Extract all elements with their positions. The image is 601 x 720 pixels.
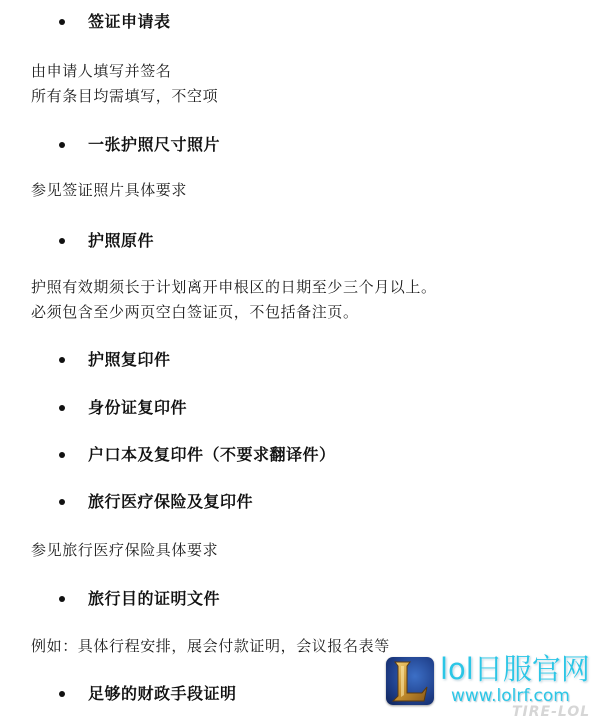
requirement-heading: 护照原件: [88, 229, 154, 253]
bullet-icon: [59, 691, 65, 697]
requirement-heading: 身份证复印件: [88, 396, 187, 420]
league-of-legends-logo-icon: [386, 657, 434, 705]
site-watermark: lol日服官网 www.lolrf.com TIRE-LOL: [384, 652, 601, 720]
requirement-heading: 护照复印件: [88, 348, 171, 372]
description-line: 参见签证照片具体要求: [31, 179, 187, 201]
watermark-title: lol日服官网: [440, 652, 590, 686]
bullet-icon: [59, 19, 65, 25]
watermark-faint-text: TIRE-LOL: [512, 704, 590, 720]
bullet-icon: [59, 499, 65, 505]
requirement-heading: 一张护照尺寸照片: [88, 133, 220, 157]
requirement-heading: 旅行医疗保险及复印件: [88, 490, 253, 514]
description-line: 护照有效期须长于计划离开申根区的日期至少三个月以上。: [31, 276, 437, 298]
description-line: 必须包含至少两页空白签证页，不包括备注页。: [31, 301, 359, 323]
requirement-heading: 户口本及复印件（不要求翻译件）: [88, 443, 336, 467]
description-line: 例如：具体行程安排，展会付款证明，会议报名表等: [31, 635, 390, 657]
bullet-icon: [59, 452, 65, 458]
description-line: 参见旅行医疗保险具体要求: [31, 539, 218, 561]
bullet-icon: [59, 596, 65, 602]
requirement-heading: 足够的财政手段证明: [88, 682, 237, 706]
watermark-url: www.lolrf.com: [451, 686, 570, 706]
requirement-heading: 签证申请表: [88, 10, 171, 34]
bullet-icon: [59, 238, 65, 244]
bullet-icon: [59, 142, 65, 148]
bullet-icon: [59, 405, 65, 411]
bullet-icon: [59, 357, 65, 363]
requirement-heading: 旅行目的证明文件: [88, 587, 220, 611]
description-line: 所有条目均需填写，不空项: [31, 85, 218, 107]
description-line: 由申请人填写并签名: [31, 60, 171, 82]
